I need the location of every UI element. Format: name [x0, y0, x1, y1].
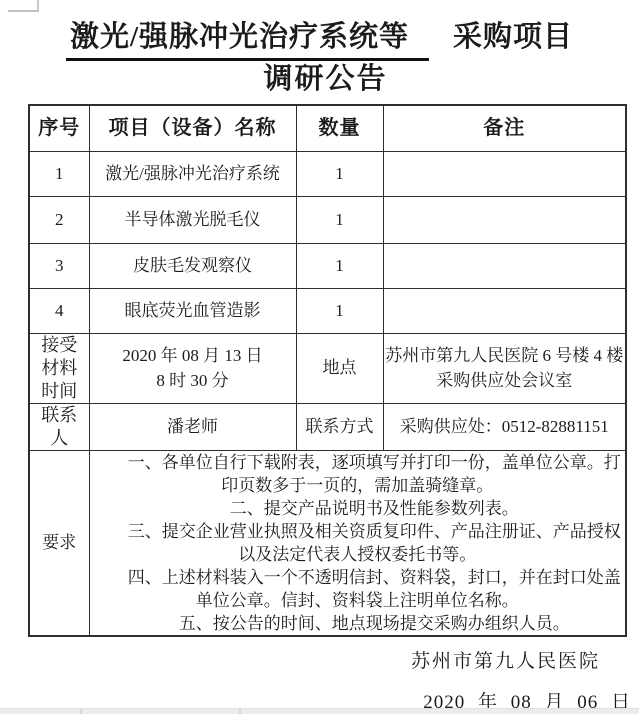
table-header-row: 序号 项目（设备）名称 数量 备注 — [29, 105, 626, 151]
item-1-quantity: 1 — [296, 151, 383, 196]
page-subtitle: 调研公告 — [12, 56, 639, 97]
item-4-note — [383, 288, 626, 333]
contact-label: 联系人 — [39, 404, 79, 450]
item-4-quantity: 1 — [296, 288, 383, 333]
location-line1: 苏州市第九人民医院 6 号楼 4 楼 — [384, 343, 626, 368]
item-2-quantity: 1 — [296, 196, 383, 243]
item-4-serial: 4 — [29, 288, 89, 333]
item-3-quantity: 1 — [296, 243, 383, 288]
page-corner-mark — [8, 0, 39, 12]
item-2-note — [383, 196, 626, 243]
item-4-name: 眼底荧光血管造影 — [89, 288, 296, 333]
header-item-name: 项目（设备）名称 — [89, 105, 296, 151]
table-row-contact: 联系人 潘老师 联系方式 采购供应处：0512-82881151 — [29, 403, 626, 450]
requirement-2: 二、提交产品说明书及性能参数列表。 — [90, 497, 626, 520]
title-project-name: 激光/强脉冲光治疗系统等 — [66, 14, 429, 61]
header-serial: 序号 — [29, 105, 89, 151]
accept-time-value-cell: 2020 年 08 月 13 日 8 时 30 分 — [89, 333, 296, 403]
cutoff-table-divider — [239, 709, 241, 714]
procurement-notice-document: 激光/强脉冲光治疗系统等采购项目 调研公告 序号 项目（设备）名称 数量 备注 … — [0, 0, 639, 714]
requirement-1: 一、各单位自行下载附表，逐项填写并打印一份，盖单位公章。打印页数多于一页的，需加… — [90, 451, 626, 497]
accept-time-hour: 8 时 30 分 — [90, 368, 296, 393]
item-2-name: 半导体激光脱毛仪 — [89, 196, 296, 243]
accept-time-label: 接受材料时间 — [39, 334, 79, 403]
item-3-name: 皮肤毛发观察仪 — [89, 243, 296, 288]
header-note: 备注 — [383, 105, 626, 151]
location-value-cell: 苏州市第九人民医院 6 号楼 4 楼 采购供应处会议室 — [383, 333, 626, 403]
title-suffix: 采购项目 — [453, 14, 573, 55]
page-title: 激光/强脉冲光治疗系统等采购项目 — [0, 14, 639, 61]
item-1-name: 激光/强脉冲光治疗系统 — [89, 151, 296, 196]
item-1-note — [383, 151, 626, 196]
requirement-4: 四、上述材料装入一个不透明信封、资料袋，封口，并在封口处盖单位公章。信封、资料袋… — [90, 566, 626, 612]
item-3-note — [383, 243, 626, 288]
location-line2: 采购供应处会议室 — [384, 368, 626, 393]
item-2-serial: 2 — [29, 196, 89, 243]
requirements-label: 要求 — [29, 450, 89, 636]
item-3-serial: 3 — [29, 243, 89, 288]
accept-time-date: 2020 年 08 月 13 日 — [90, 343, 296, 368]
location-label: 地点 — [296, 333, 383, 403]
requirements-content: 一、各单位自行下载附表，逐项填写并打印一份，盖单位公章。打印页数多于一页的，需加… — [89, 450, 626, 636]
table-row-item-4: 4 眼底荧光血管造影 1 — [29, 288, 626, 333]
item-1-serial: 1 — [29, 151, 89, 196]
procurement-table: 序号 项目（设备）名称 数量 备注 1 激光/强脉冲光治疗系统 1 2 半导体激… — [28, 104, 627, 637]
table-row-item-3: 3 皮肤毛发观察仪 1 — [29, 243, 626, 288]
header-quantity: 数量 — [296, 105, 383, 151]
next-page-cutoff-strip — [0, 708, 639, 714]
contact-name: 潘老师 — [89, 403, 296, 450]
contact-method-label: 联系方式 — [296, 403, 383, 450]
cutoff-table-divider — [80, 709, 82, 714]
table-row-item-2: 2 半导体激光脱毛仪 1 — [29, 196, 626, 243]
requirement-3: 三、提交企业营业执照及相关资质复印件、产品注册证、产品授权以及法定代表人授权委托… — [90, 520, 626, 566]
table-row-accept-time: 接受材料时间 2020 年 08 月 13 日 8 时 30 分 地点 苏州市第… — [29, 333, 626, 403]
contact-label-cell: 联系人 — [29, 403, 89, 450]
signature-organization: 苏州市第九人民医院 — [411, 646, 600, 673]
accept-time-label-cell: 接受材料时间 — [29, 333, 89, 403]
table-row-item-1: 1 激光/强脉冲光治疗系统 1 — [29, 151, 626, 196]
requirement-5: 五、按公告的时间、地点现场提交采购办组织人员。 — [90, 612, 626, 635]
table-row-requirements: 要求 一、各单位自行下载附表，逐项填写并打印一份，盖单位公章。打印页数多于一页的… — [29, 450, 626, 636]
contact-method-value: 采购供应处：0512-82881151 — [383, 403, 626, 450]
